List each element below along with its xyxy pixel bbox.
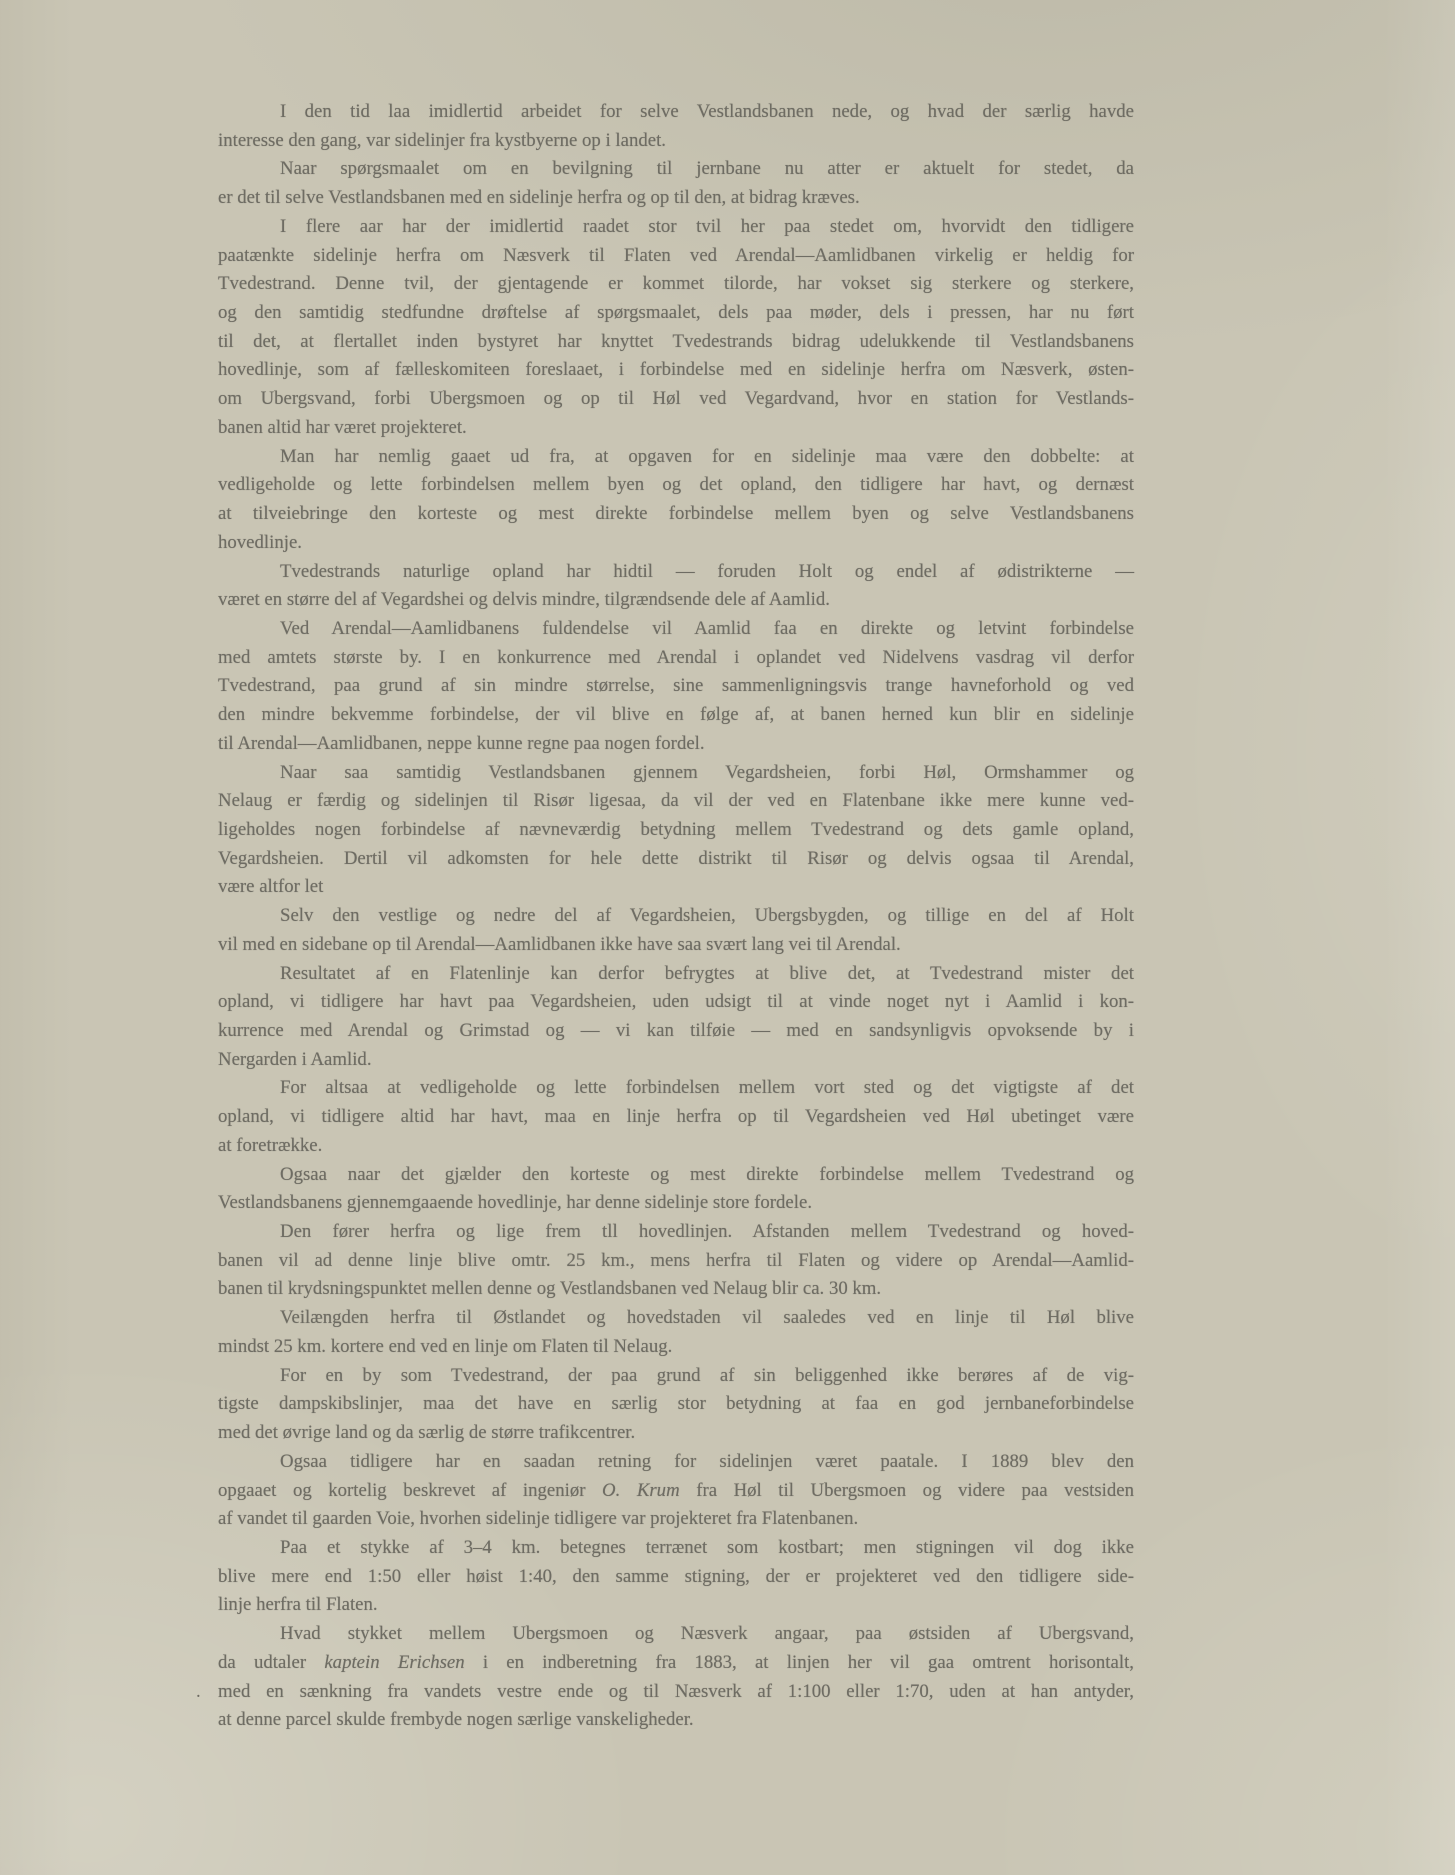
text-line: den mindre bekvemme forbindelse, der vil… — [218, 701, 1134, 730]
text-line: Hvad stykket mellem Ubergsmoen og Næsver… — [218, 1620, 1134, 1649]
text-line: Ogsaa naar det gjælder den korteste og m… — [218, 1161, 1134, 1190]
text-line: Tvedestrands naturlige opland har hidtil… — [218, 558, 1134, 587]
text-line: været en større del af Vegardshei og del… — [218, 586, 1134, 615]
text-line: linje herfra til Flaten. — [218, 1591, 1134, 1620]
text-segment: fra Høl til Ubergsmoen og videre paa ves… — [680, 1480, 1134, 1501]
text-line: Selv den vestlige og nedre del af Vegard… — [218, 902, 1134, 931]
text-line: tigste dampskibslinjer, maa det have en … — [218, 1390, 1134, 1419]
text-line: og den samtidig stedfundne drøftelse af … — [218, 299, 1134, 328]
text-line: Vegardsheien. Dertil vil adkomsten for h… — [218, 845, 1134, 874]
text-line: Nelaug er færdig og sidelinjen til Risør… — [218, 787, 1134, 816]
text-line: kurrence med Arendal og Grimstad og — vi… — [218, 1017, 1134, 1046]
text-line: Resultatet af en Flatenlinje kan derfor … — [218, 960, 1134, 989]
text-line: vil med en sidebane op til Arendal—Aamli… — [218, 931, 1134, 960]
text-line: til det, at flertallet inden bystyret ha… — [218, 328, 1134, 357]
text-line: banen altid har været projekteret. — [218, 414, 1134, 443]
text-line: at tilveiebringe den korteste og mest di… — [218, 500, 1134, 529]
text-line: banen vil ad denne linje blive omtr. 25 … — [218, 1247, 1134, 1276]
text-line: hovedlinje. — [218, 529, 1134, 558]
text-line: er det til selve Vestlandsbanen med en s… — [218, 184, 1134, 213]
captain-name-italic: kaptein Erichsen — [324, 1652, 464, 1673]
text-line: opland, vi tidligere har havt paa Vegard… — [218, 988, 1134, 1017]
text-line: Naar spørgsmaalet om en bevilgning til j… — [218, 155, 1134, 184]
text-line: For en by som Tvedestrand, der paa grund… — [218, 1362, 1134, 1391]
text-line: Naar saa samtidig Vestlandsbanen gjennem… — [218, 759, 1134, 788]
text-line: opland, vi tidligere altid har havt, maa… — [218, 1103, 1134, 1132]
text-line: Man har nemlig gaaet ud fra, at opgaven … — [218, 443, 1134, 472]
engineer-name-italic: O. Krum — [602, 1480, 680, 1501]
text-line: opgaaet og kortelig beskrevet af ingeniø… — [218, 1477, 1134, 1506]
text-line: til Arendal—Aamlidbanen, neppe kunne reg… — [218, 730, 1134, 759]
text-line: mindst 25 km. kortere end ved en linje o… — [218, 1333, 1134, 1362]
text-line: I flere aar har der imidlertid raadet st… — [218, 213, 1134, 242]
document-text: I den tid laa imidlertid arbeidet for se… — [218, 98, 1134, 1735]
text-line: være altfor let — [218, 873, 1134, 902]
text-line: Nergarden i Aamlid. — [218, 1046, 1134, 1075]
text-line: af vandet til gaarden Voie, hvorhen side… — [218, 1505, 1134, 1534]
text-segment: opgaaet og kortelig beskrevet af ingeniø… — [218, 1480, 602, 1501]
print-artifact-dot: . — [196, 1678, 201, 1707]
text-line: Veilængden herfra til Østlandet og hoved… — [218, 1304, 1134, 1333]
text-segment: da udtaler — [218, 1652, 324, 1673]
text-line: paatænkte sidelinje herfra om Næsverk ti… — [218, 242, 1134, 271]
text-line: Tvedestrand. Denne tvil, der gjentagende… — [218, 270, 1134, 299]
text-line: om Ubergsvand, forbi Ubergsmoen og op ti… — [218, 385, 1134, 414]
text-line: ligeholdes nogen forbindelse af nævnevær… — [218, 816, 1134, 845]
text-line: Vestlandsbanens gjennemgaaende hovedlinj… — [218, 1189, 1134, 1218]
text-line: med en sænkning fra vandets vestre ende … — [218, 1678, 1134, 1707]
text-line: blive mere end 1:50 eller høist 1:40, de… — [218, 1563, 1134, 1592]
text-line: at denne parcel skulde frembyde nogen sæ… — [218, 1706, 1134, 1735]
text-line: Tvedestrand, paa grund af sin mindre stø… — [218, 672, 1134, 701]
text-line: med amtets største by. I en konkurrence … — [218, 644, 1134, 673]
text-segment: i en indberetning fra 1883, at linjen he… — [465, 1652, 1134, 1673]
text-line: da udtaler kaptein Erichsen i en indbere… — [218, 1649, 1134, 1678]
text-line: med det øvrige land og da særlig de stør… — [218, 1419, 1134, 1448]
text-line: Den fører herfra og lige frem tll hovedl… — [218, 1218, 1134, 1247]
text-line: Paa et stykke af 3–4 km. betegnes terræn… — [218, 1534, 1134, 1563]
text-line: vedligeholde og lette forbindelsen melle… — [218, 471, 1134, 500]
text-line: I den tid laa imidlertid arbeidet for se… — [218, 98, 1134, 127]
text-line: Ogsaa tidligere har en saadan retning fo… — [218, 1448, 1134, 1477]
text-line: For altsaa at vedligeholde og lette forb… — [218, 1074, 1134, 1103]
text-line: interesse den gang, var sidelinjer fra k… — [218, 127, 1134, 156]
text-line: hovedlinje, som af fælleskomiteen foresl… — [218, 356, 1134, 385]
text-line: banen til krydsningspunktet mellen denne… — [218, 1275, 1134, 1304]
text-line: Ved Arendal—Aamlidbanens fuldendelse vil… — [218, 615, 1134, 644]
text-line: at foretrække. — [218, 1132, 1134, 1161]
